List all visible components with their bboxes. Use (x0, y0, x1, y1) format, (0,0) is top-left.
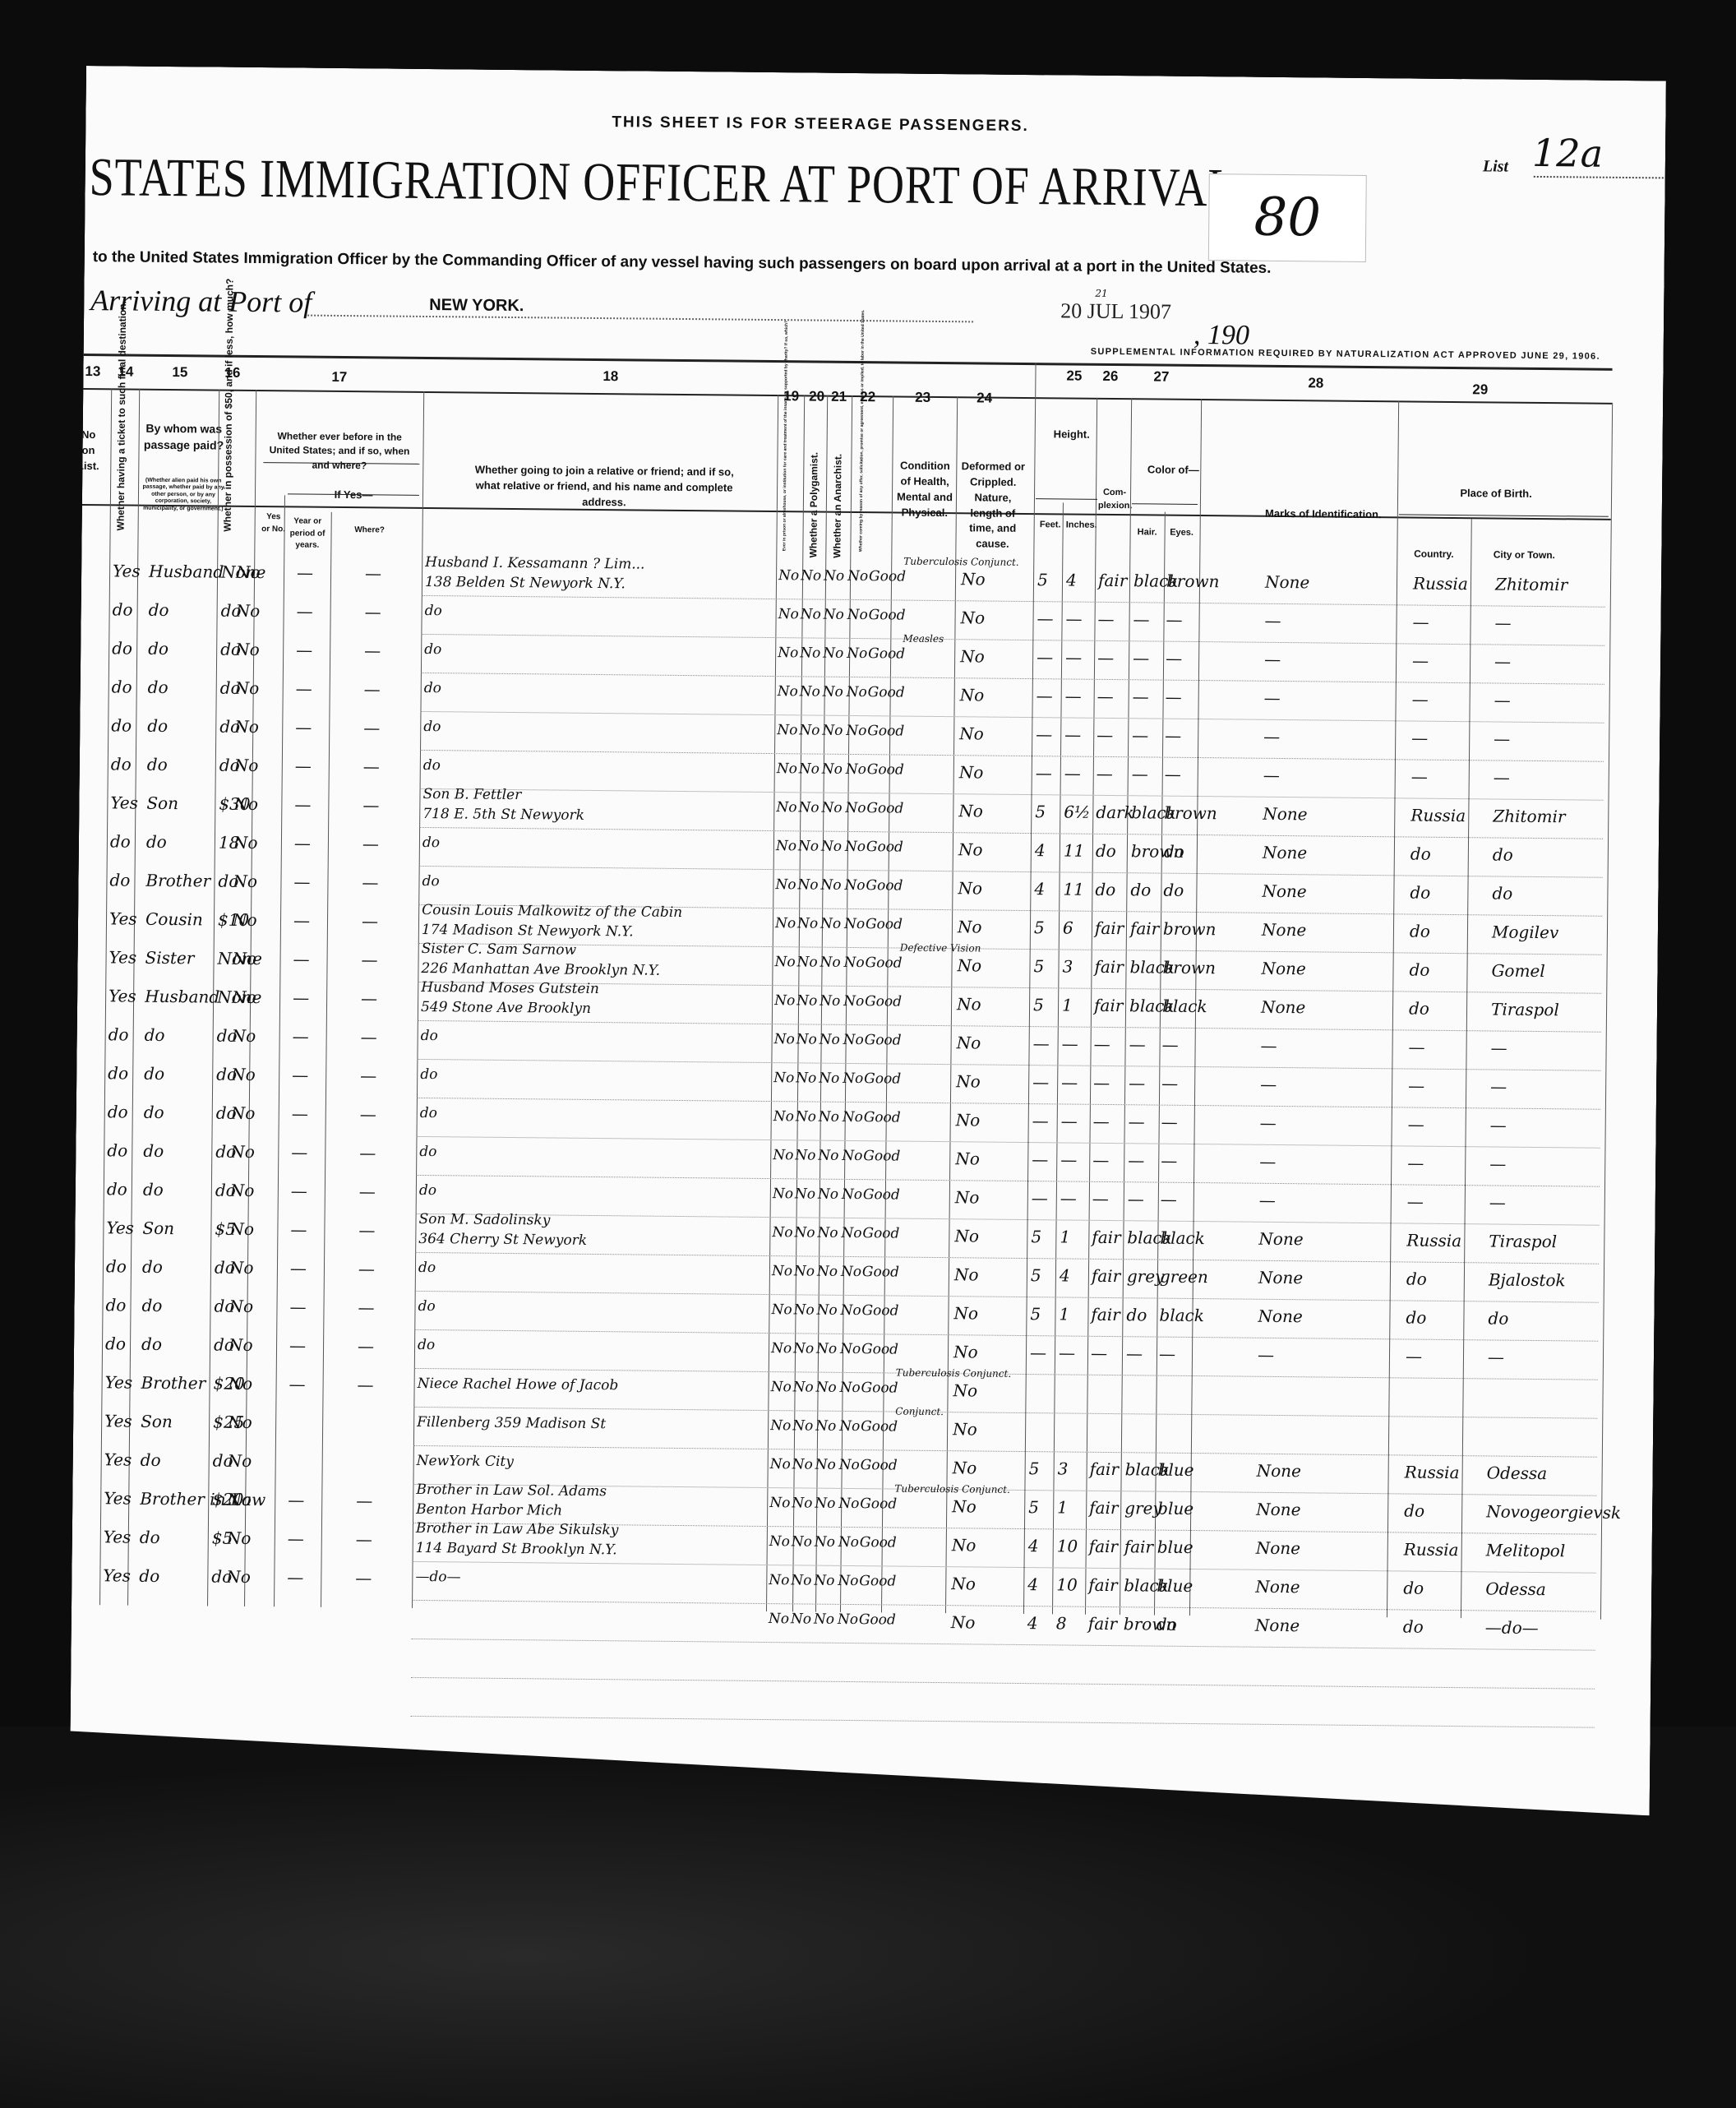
cell-eyes: green (1160, 1267, 1208, 1287)
cell-c20: No (797, 915, 818, 931)
cell-ticket: do (109, 870, 130, 890)
cell-c22: No (847, 645, 867, 662)
cell-city: — (1490, 1076, 1507, 1096)
cell-c21: No (820, 1032, 840, 1048)
col-header-join-relative: Whether going to join a relative or frie… (469, 462, 741, 511)
cell-before: No (231, 1103, 256, 1123)
cell-deformed: No (951, 1612, 976, 1632)
cell-eyes: blue (1158, 1460, 1194, 1480)
cell-c19: No (769, 1611, 789, 1627)
port-underline (307, 315, 973, 323)
cell-country: Russia (1405, 1462, 1460, 1482)
cell-join-address: Benton Harbor Mich (416, 1501, 562, 1519)
cell-c20: No (792, 1533, 812, 1550)
cell-inches: 10 (1056, 1574, 1078, 1594)
page-title: STATES IMMIGRATION OFFICER AT PORT OF AR… (89, 146, 1248, 220)
cell-eyes: — (1166, 687, 1182, 707)
col-header-prison: Ever in prison or almshouse, or institut… (782, 444, 799, 551)
cell-paid: do (144, 1064, 164, 1084)
cell-marks: — (1263, 727, 1280, 747)
cell-c21: No (816, 1380, 837, 1396)
cell-city: Tiraspol (1489, 1231, 1557, 1251)
cell-complexion: do (1096, 841, 1116, 861)
cell-join: do (418, 1337, 435, 1353)
cell-eyes: do (1164, 842, 1184, 862)
cell-c20: No (798, 838, 819, 854)
cell-feet: — (1032, 1149, 1048, 1169)
cell-where: — (364, 640, 381, 660)
row-rule (419, 866, 1603, 879)
row-number: 25 (46, 1493, 67, 1507)
cell-c22: No (838, 1611, 858, 1628)
cell-join: NewYork City (417, 1453, 514, 1470)
cell-where: — (365, 563, 381, 583)
cell-inches: 4 (1060, 1265, 1070, 1285)
row-number: 5 (53, 720, 75, 734)
cell-c22: No (844, 877, 865, 894)
cell-eyes: — (1166, 610, 1182, 630)
cell-feet: — (1036, 724, 1052, 744)
cell-health: Good (866, 800, 903, 816)
cell-yr: — (291, 1181, 307, 1200)
cell-where: — (360, 1104, 376, 1124)
cell-health: Good (862, 1264, 899, 1280)
cell-complexion: fair (1090, 1459, 1120, 1479)
col-header-color-of: Color of— (1136, 462, 1210, 478)
cell-eyes: — (1159, 1344, 1175, 1364)
cell-where: — (361, 950, 377, 969)
cell-before: No (228, 1412, 252, 1432)
cell-feet: — (1033, 1033, 1050, 1053)
cell-complexion: fair (1092, 1266, 1121, 1286)
page-subtitle: to the United States Immigration Officer… (93, 248, 1272, 278)
cell-country: do (1403, 1578, 1424, 1597)
cell-marks: None (1263, 843, 1307, 863)
cell-c20: No (791, 1611, 811, 1627)
cell-ticket: do (112, 677, 132, 696)
cell-complexion: — (1093, 1112, 1110, 1131)
cell-deformed: No (961, 569, 986, 589)
cell-inches: 1 (1062, 995, 1073, 1015)
cell-c19: No (774, 1031, 795, 1047)
cell-join-address: 138 Belden St Newyork N.Y. (425, 574, 626, 592)
cell-c20: No (796, 954, 817, 970)
cell-hair: — (1132, 764, 1148, 784)
cell-eyes: brown (1162, 958, 1216, 978)
manifest-sheet: THIS SHEET IS FOR STEERAGE PASSENGERS. L… (70, 66, 1666, 1815)
cell-c22: No (845, 839, 866, 855)
cell-join-address: 174 Madison St Newyork N.Y. (422, 922, 634, 940)
cell-c21: No (820, 916, 841, 932)
cell-where: — (356, 1491, 372, 1510)
cell-paid: do (141, 1334, 162, 1354)
cell-before: No (231, 1065, 256, 1084)
cell-deformed: No (958, 801, 983, 821)
cell-c22: No (839, 1457, 860, 1473)
cell-join: do (420, 1066, 437, 1083)
cell-paid: do (148, 639, 169, 659)
col-header-no-on-list: No on List. (76, 428, 101, 474)
col-header-passage-paid: By whom was passage paid? (138, 420, 229, 455)
cell-inches: 11 (1063, 879, 1084, 899)
row-rule (413, 1445, 1597, 1458)
cell-join: do (423, 757, 441, 774)
cell-c22: No (839, 1418, 860, 1435)
row-rule (420, 711, 1604, 724)
row-number: 24 (47, 1454, 68, 1468)
cell-health: Good (865, 1032, 902, 1048)
cell-join-address: 718 E. 5th St Newyork (422, 806, 584, 824)
grid-line (321, 512, 332, 1607)
cell-yr: — (290, 1258, 307, 1278)
supplemental-banner: SUPPLEMENTAL INFORMATION REQUIRED BY NAT… (1091, 347, 1600, 362)
row-number: 13 (51, 1029, 72, 1043)
cell-complexion: dark (1096, 802, 1134, 822)
cell-deformed: No (953, 1380, 977, 1400)
cell-eyes: brown (1166, 571, 1220, 592)
cell-yr: — (293, 987, 309, 1007)
col-num-17: 17 (331, 369, 347, 386)
cell-c22: No (846, 723, 866, 739)
cell-eyes: black (1159, 1306, 1204, 1326)
cell-health: Good (864, 1109, 901, 1126)
cell-join: do (418, 1260, 436, 1276)
row-number: 29 (44, 1648, 66, 1662)
row-number: 15 (50, 1107, 72, 1121)
cell-c21: No (817, 1264, 838, 1280)
cell-inches: — (1060, 1188, 1077, 1208)
cell-deformed: No (956, 1071, 981, 1091)
col-header-place-of-birth: Place of Birth. (1422, 486, 1570, 503)
cell-c21: No (822, 723, 843, 739)
cell-feet: — (1032, 1188, 1048, 1208)
cell-country: Russia (1406, 1230, 1461, 1250)
cell-complexion: fair (1092, 1227, 1121, 1247)
cell-marks: None (1265, 572, 1309, 593)
cell-before: No (229, 1258, 254, 1278)
cell-complexion: — (1097, 648, 1114, 668)
cell-city: Tiraspol (1491, 999, 1559, 1019)
cell-city: do (1488, 1308, 1508, 1328)
cell-deformed: No (959, 723, 984, 743)
cell-ticket: do (110, 831, 131, 851)
cell-where: — (361, 1027, 377, 1047)
cell-c19: No (771, 1379, 792, 1395)
col-header-if-yes: If Yes— (312, 488, 395, 504)
cell-city: — (1489, 1192, 1506, 1212)
cell-health: Good (866, 916, 903, 932)
cell-c22: No (847, 684, 867, 700)
cell-inches: — (1062, 1033, 1078, 1053)
cell-complexion: fair (1098, 571, 1128, 590)
cell-join: do (421, 1028, 438, 1044)
cell-c22: No (846, 761, 866, 778)
cell-join: Husband Moses Gutstein (421, 979, 599, 997)
cell-city: Odessa (1485, 1579, 1546, 1599)
cell-city: Mogilev (1492, 922, 1558, 942)
cell-health: Good (869, 568, 906, 585)
cell-marks: None (1257, 1461, 1301, 1482)
subheader-rule (1132, 503, 1198, 505)
cell-c22: No (843, 1032, 864, 1048)
cell-paid: do (144, 1103, 164, 1122)
cell-join: Brother in Law Abe Sikulsky (416, 1520, 619, 1538)
cell-country: do (1410, 883, 1430, 903)
cell-yr: — (294, 833, 311, 853)
cell-paid: do (140, 1528, 160, 1547)
cell-c19: No (778, 683, 798, 700)
cell-country: — (1406, 1346, 1422, 1366)
cell-feet: — (1032, 1111, 1049, 1130)
col-header-where: Where? (337, 525, 403, 537)
cell-health-note: Conjunct. (895, 1406, 944, 1418)
cell-ticket: do (108, 1063, 128, 1083)
cell-c21: No (820, 877, 841, 894)
col-header-yes-no: Yes or No. (261, 511, 286, 535)
cell-feet: 4 (1028, 1536, 1039, 1556)
col-header-inches: Inches. (1065, 519, 1098, 532)
cell-paid: do (145, 1025, 165, 1045)
cell-health: Good (861, 1380, 898, 1396)
cell-yr: — (290, 1219, 307, 1239)
cell-c19: No (772, 1224, 792, 1241)
cell-deformed: No (960, 685, 985, 705)
cell-inches: — (1065, 647, 1082, 667)
cell-marks: — (1259, 1152, 1276, 1172)
col-num-24: 24 (976, 390, 992, 406)
cell-complexion: — (1091, 1343, 1107, 1363)
row-rule (418, 943, 1602, 956)
grid-line (274, 495, 285, 1606)
cell-c19: No (777, 722, 797, 738)
cell-inches: 8 (1056, 1613, 1067, 1633)
cell-hair: fair (1124, 1537, 1154, 1556)
cell-paid: do (139, 1566, 159, 1586)
cell-yr: — (295, 756, 312, 775)
cell-c21: No (823, 684, 843, 700)
cell-c19: No (773, 1186, 793, 1202)
cell-deformed: No (953, 1458, 977, 1477)
cell-deformed: No (960, 646, 985, 666)
col-header-fifty-dollars: Whether in possession of $50, and if les… (222, 417, 235, 532)
cell-feet: — (1032, 1072, 1049, 1092)
row-number: 12 (51, 991, 72, 1005)
row-number: 1 (55, 566, 76, 580)
row-number: 26 (46, 1532, 67, 1546)
cell-marks: None (1256, 1538, 1300, 1559)
grid-line (1387, 400, 1399, 1617)
cell-yr: — (292, 1103, 308, 1123)
cell-join: do (419, 1182, 436, 1199)
cell-complexion: fair (1094, 957, 1124, 977)
cell-paid: Brother (141, 1373, 206, 1394)
cell-deformed: No (954, 1264, 979, 1284)
cell-c21: No (817, 1225, 838, 1241)
cell-before: No (236, 601, 261, 621)
row-number: 22 (48, 1377, 69, 1391)
col-header-hair: Hair. (1131, 526, 1164, 539)
cell-inches: 1 (1060, 1227, 1070, 1246)
cell-c20: No (792, 1495, 812, 1511)
cell-c22: No (843, 993, 864, 1010)
cell-marks: None (1261, 997, 1305, 1018)
cell-c21: No (816, 1302, 837, 1319)
cell-join: do (424, 680, 441, 696)
cell-hair: fair (1130, 918, 1160, 938)
cell-c22: No (843, 1070, 863, 1087)
cell-complexion: fair (1091, 1305, 1120, 1324)
cell-ticket: Yes (104, 1411, 132, 1431)
cell-country: Russia (1404, 1539, 1459, 1560)
list-number: 12a (1532, 131, 1603, 176)
row-rule (422, 595, 1605, 608)
cell-inches: — (1059, 1343, 1075, 1362)
cell-country: do (1409, 998, 1429, 1018)
cell-deformed: No (953, 1419, 977, 1439)
cell-feet: 5 (1033, 956, 1044, 976)
cell-city: Melitopol (1486, 1540, 1566, 1560)
row-rule (412, 1600, 1595, 1613)
cell-c19: No (775, 876, 796, 893)
cell-join-address: 549 Stone Ave Brooklyn (421, 999, 591, 1017)
cell-c19: No (771, 1301, 792, 1318)
cell-feet: 5 (1028, 1497, 1039, 1517)
cell-eyes: black (1162, 996, 1207, 1017)
col-header-contract-labor: Whether coming by reason of any offer, s… (858, 445, 875, 552)
cell-join-address: 114 Bayard St Brooklyn N.Y. (416, 1540, 617, 1558)
cell-complexion: fair (1089, 1537, 1119, 1556)
cell-c19: No (769, 1495, 790, 1511)
cell-join: Fillenberg 359 Madison St (417, 1414, 606, 1432)
row-number: 7 (53, 797, 74, 811)
cell-hair: — (1133, 609, 1149, 629)
cell-join: do (424, 641, 441, 658)
cell-c20: No (795, 1186, 815, 1202)
cell-marks: — (1264, 611, 1281, 631)
cell-c22: No (843, 1109, 863, 1126)
cell-complexion: fair (1094, 996, 1124, 1015)
cell-eyes: brown (1163, 919, 1217, 940)
col-num-21: 21 (831, 389, 847, 405)
date-correction: 21 (1095, 288, 1107, 299)
cell-before: No (233, 871, 257, 891)
cell-join: Cousin Louis Malkowitz of the Cabin (422, 902, 682, 921)
cell-deformed: No (952, 1535, 976, 1555)
cell-c21: No (815, 1495, 835, 1512)
cell-feet: 4 (1035, 840, 1046, 860)
cell-c20: No (794, 1263, 815, 1279)
cell-ticket: do (108, 1024, 129, 1044)
col-num-28: 28 (1308, 375, 1323, 391)
cell-marks: — (1258, 1345, 1274, 1365)
cell-c19: No (771, 1340, 792, 1357)
cell-hair: — (1129, 1073, 1145, 1093)
cell-city: — (1488, 1347, 1504, 1366)
grid-line (1052, 502, 1064, 1614)
cell-paid: do (149, 600, 169, 620)
cell-health: Good (865, 993, 902, 1010)
cell-eyes: — (1165, 765, 1181, 784)
cell-deformed: No (957, 1033, 981, 1052)
cell-inches: 3 (1058, 1458, 1069, 1478)
cell-inches: 6 (1063, 918, 1073, 937)
col-header-city: City or Town. (1479, 548, 1569, 562)
cell-inches: — (1061, 1072, 1078, 1092)
cell-c21: No (815, 1534, 835, 1551)
col-header-ticket: Whether having a ticket to such final de… (115, 415, 128, 530)
cell-c19: No (770, 1456, 791, 1472)
cell-join: Niece Rachel Howe of Jacob (418, 1375, 619, 1394)
cell-feet: 5 (1031, 1265, 1041, 1285)
cell-yr: — (295, 717, 312, 737)
cell-c21: No (815, 1418, 836, 1435)
cell-feet: 5 (1035, 802, 1046, 821)
cell-inches: 6½ (1064, 802, 1090, 821)
cell-eyes: — (1161, 1190, 1177, 1209)
cell-health: Good (868, 645, 905, 662)
grid-line (1600, 403, 1613, 1620)
cell-c21: No (820, 955, 840, 971)
cell-c19: No (772, 1263, 792, 1279)
cell-eyes: — (1162, 1035, 1179, 1055)
row-number: 8 (53, 836, 74, 850)
cell-deformed: No (954, 1226, 979, 1246)
cell-c19: No (778, 645, 798, 661)
cell-country: do (1404, 1500, 1424, 1520)
cell-paid: do (141, 1296, 162, 1315)
cell-c19: No (770, 1417, 791, 1434)
cell-c20: No (792, 1417, 813, 1434)
row-number: 10 (52, 913, 73, 927)
cell-eyes: — (1166, 649, 1182, 668)
row-number: 19 (48, 1261, 70, 1275)
cell-eyes: brown (1164, 803, 1217, 824)
cell-feet: — (1037, 608, 1053, 628)
cell-c20: No (793, 1340, 814, 1357)
cell-where: — (361, 988, 377, 1008)
col-header-country: Country. (1397, 547, 1471, 562)
col-header-complexion: Com-plexion. (1098, 487, 1131, 513)
cell-city: — (1490, 1038, 1507, 1057)
cell-where: — (358, 1259, 375, 1278)
cell-ticket: Yes (105, 1372, 133, 1392)
cell-before: No (232, 949, 256, 968)
cell-complexion: — (1092, 1189, 1109, 1209)
cell-country: do (1406, 1307, 1426, 1327)
cell-hair: do (1126, 1305, 1147, 1324)
cell-where: — (365, 602, 381, 622)
cell-before: No (227, 1528, 252, 1548)
cell-hair: — (1126, 1343, 1143, 1363)
cell-health: Good (868, 684, 905, 700)
cell-where: — (360, 1066, 376, 1085)
cell-country: do (1403, 1616, 1424, 1636)
cell-eyes: blue (1157, 1499, 1193, 1519)
cell-c19: No (776, 838, 796, 854)
col-header-polygamist: Whether a Polygamist. (807, 459, 820, 557)
cell-deformed: No (957, 994, 981, 1014)
cell-before: No (232, 1026, 256, 1046)
cell-feet: 5 (1037, 570, 1048, 589)
cell-health: Good (866, 877, 903, 894)
cell-deformed: No (953, 1342, 978, 1361)
cell-c22: No (842, 1148, 862, 1164)
cell-ticket: Yes (104, 1527, 132, 1546)
cell-paid: do (147, 755, 168, 774)
cell-city: — (1490, 1115, 1507, 1135)
cell-before: No (233, 794, 258, 814)
cell-where: — (362, 911, 378, 931)
